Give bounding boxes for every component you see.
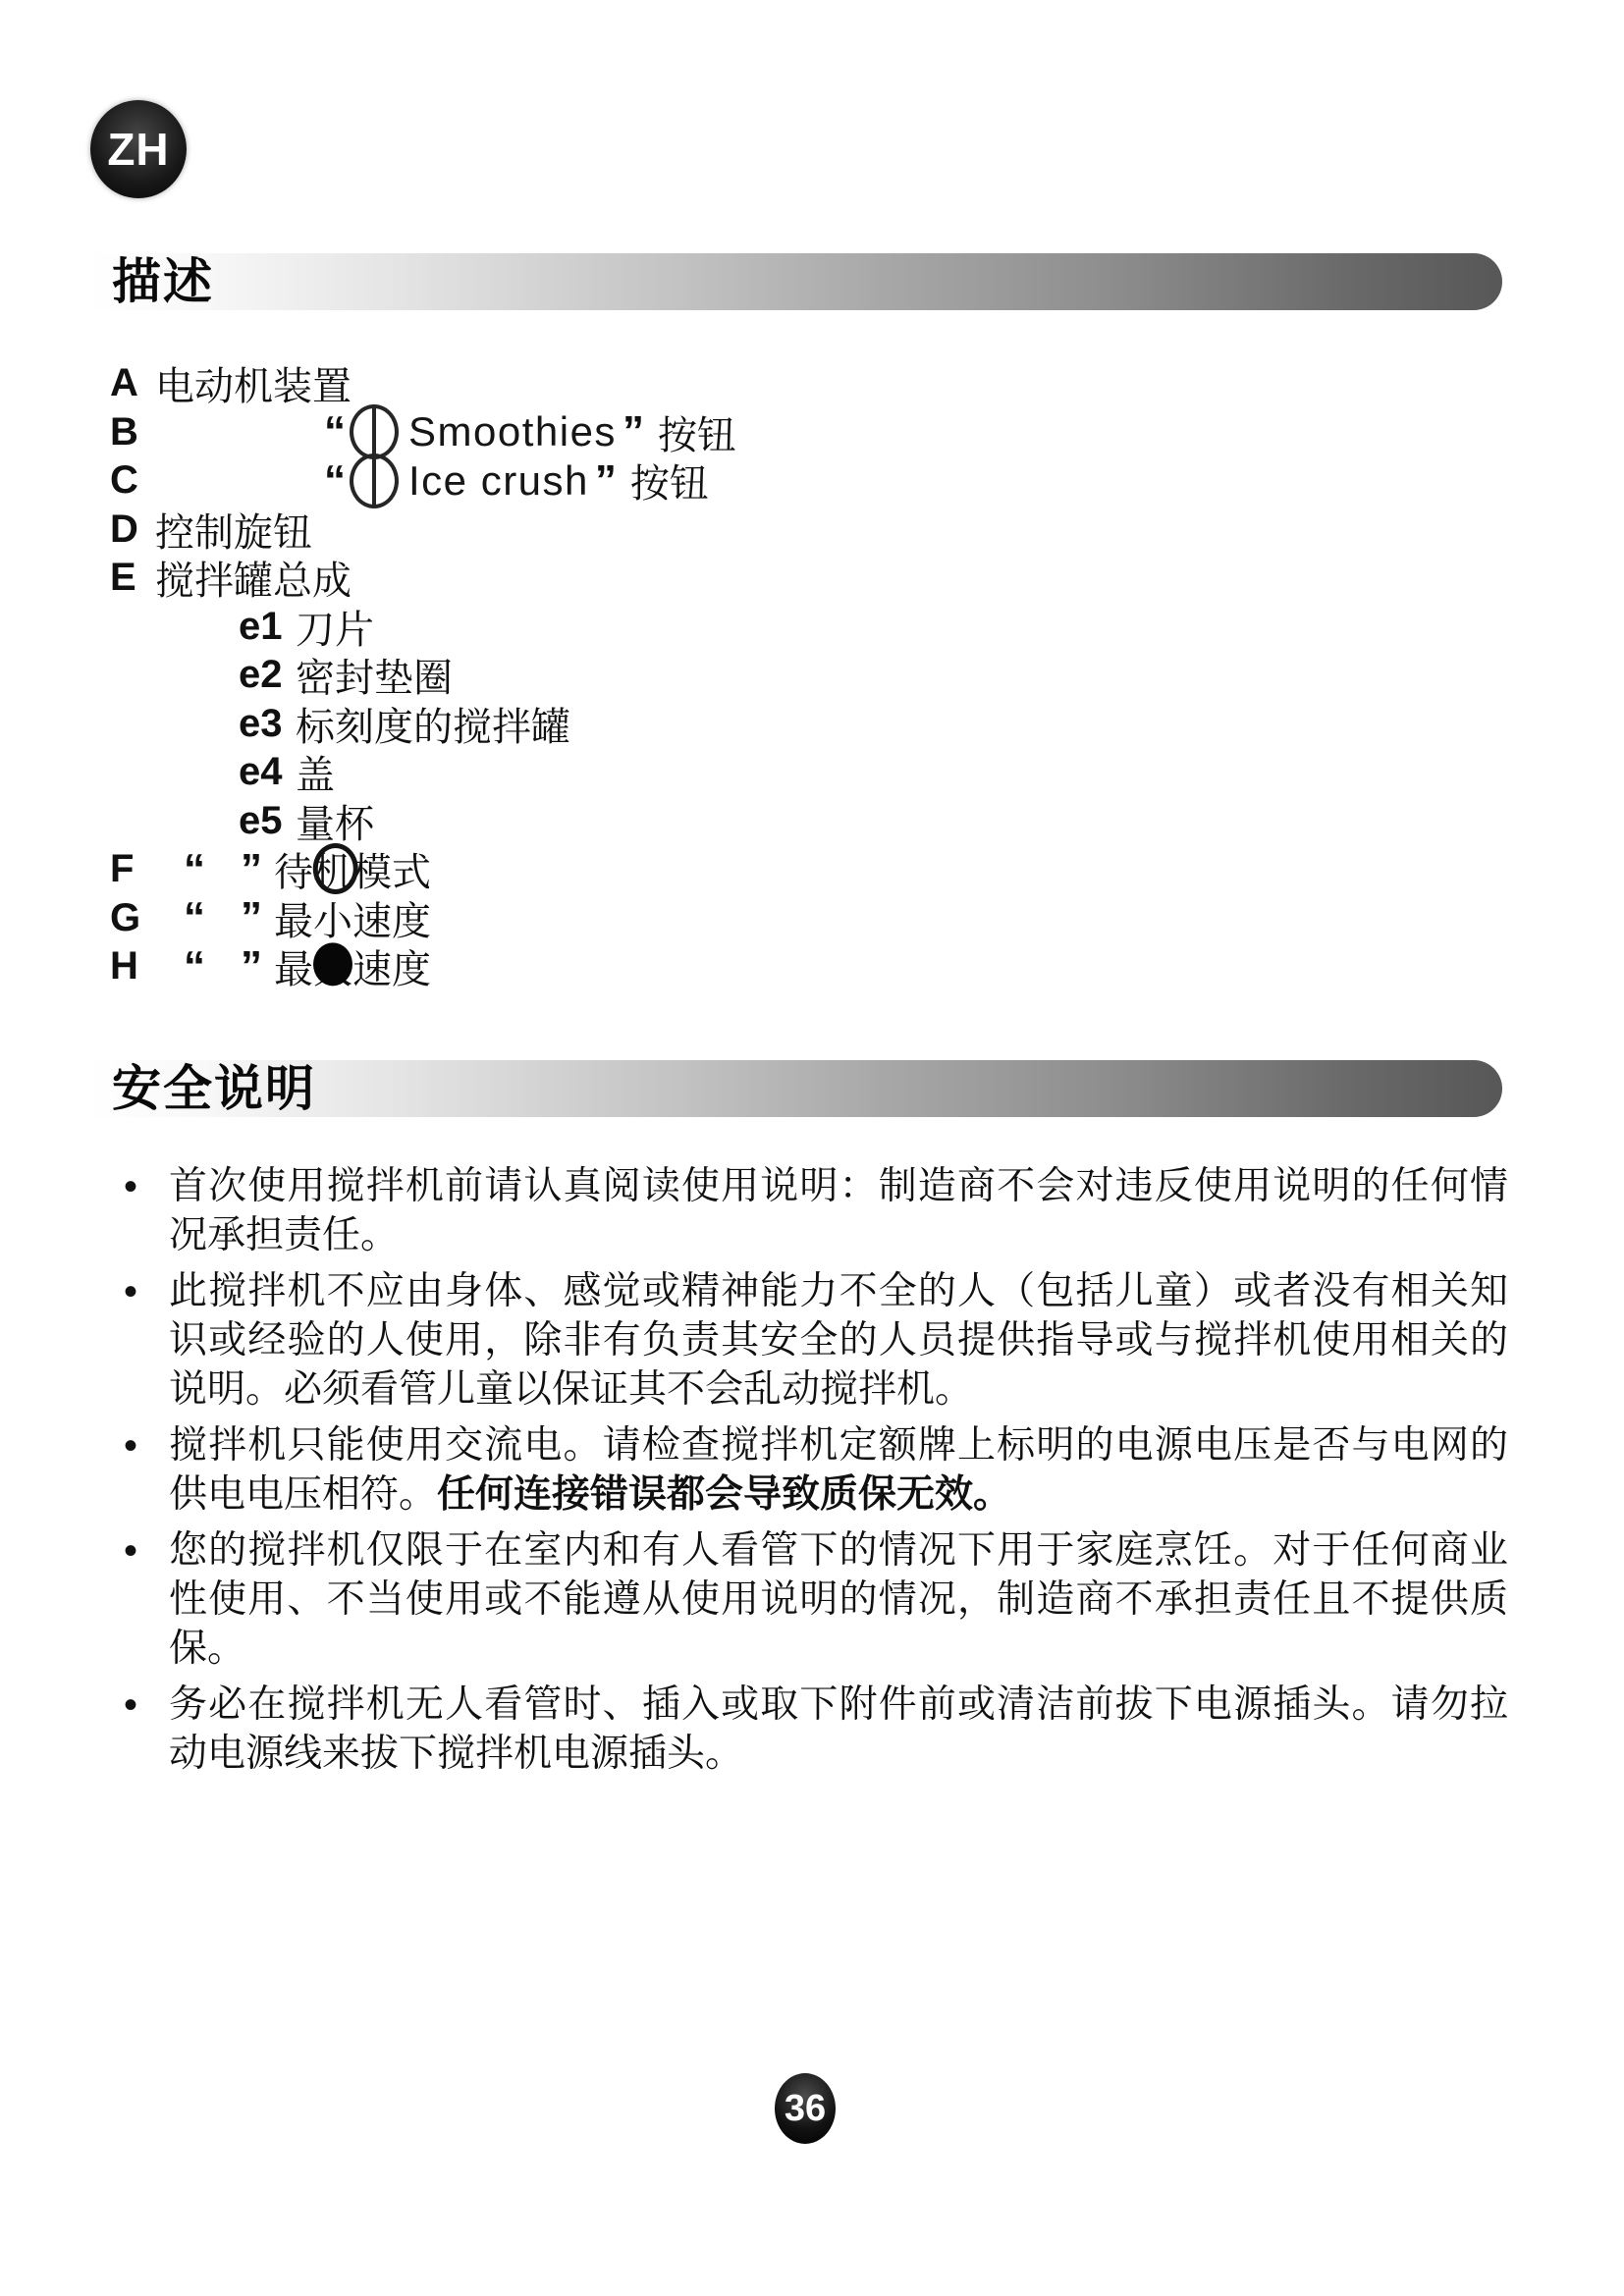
item-latin-label: Smoothies [408,408,617,455]
page-number: 36 [785,2088,826,2130]
page-number-badge: 36 [775,2073,836,2144]
description-section-header-bar: 描述 [88,253,1502,310]
close-quote: ” [241,945,262,988]
label-overlaid-char: 大 [313,938,352,994]
close-quote: ” [623,410,644,454]
item-label: 刀片 [296,599,374,655]
standby-ring-icon [313,843,358,894]
safety-bullet-list: •首次使用搅拌机前请认真阅读使用说明：制造商不会对违反使用说明的任何情况承担责任… [110,1162,1508,1786]
item-label: 按钮 [630,453,709,508]
bullet-text-main: 务必在搅拌机无人看管时、插入或取下附件前或清洁前拔下电源插头。请勿拉动电源线来拔… [169,1683,1508,1775]
label-after: 模式 [352,851,431,894]
item-content: “Ice crush”按钮 [324,453,709,508]
description-item-e3: e3标刻度的搅拌罐 [110,700,1514,749]
description-item-A: A电动机装置 [110,359,1514,408]
label-overlaid-char: 机 [313,841,352,897]
bullet-text: 您的搅拌机仅限于在室内和有人看管下的情况下用于家庭烹饪。对于任何商业性使用、不当… [169,1526,1508,1674]
item-key: e1 [239,605,286,649]
item-key: F [110,847,155,891]
item-label: 按钮 [658,404,736,460]
close-quote: ” [241,896,262,939]
open-quote: “ [324,410,346,454]
item-key: e3 [239,702,286,746]
item-key: G [110,896,155,940]
bullet-dot-icon: • [110,1421,169,1520]
bullet-dot-icon: • [110,1681,169,1779]
item-key: E [110,556,155,600]
item-label: 最大速度 [274,938,431,994]
safety-bullet: •首次使用搅拌机前请认真阅读使用说明：制造商不会对违反使用说明的任何情况承担责任… [110,1162,1508,1260]
safety-section-header-bar: 安全说明 [88,1060,1502,1117]
item-content: “”最小速度 [184,890,431,946]
label-overlaid-char: 小 [313,890,352,946]
description-item-H: H“”最大速度 [110,942,1514,991]
item-label: 电动机装置 [155,355,352,411]
description-item-C: C“Ice crush”按钮 [110,456,1514,506]
safety-bullet: •此搅拌机不应由身体、感觉或精神能力不全的人（包括儿童）或者没有相关知识或经验的… [110,1267,1508,1415]
label-before: 待 [274,851,313,894]
item-content: 电动机装置 [155,355,352,411]
power-on-off-icon [350,404,399,459]
item-label: 密封垫圈 [296,647,453,703]
description-item-B: B“Smoothies”按钮 [110,408,1514,457]
label-after: 速度 [352,900,431,943]
item-content: 刀片 [296,599,374,655]
item-label: 盖 [296,744,335,800]
description-item-e5: e5量杯 [110,797,1514,846]
description-item-D: D控制旋钮 [110,506,1514,555]
description-item-e4: e4盖 [110,748,1514,797]
language-badge-label: ZH [107,123,169,176]
description-list: A电动机装置B“Smoothies”按钮C“Ice crush”按钮D控制旋钮E… [110,359,1514,991]
item-content: 量杯 [296,793,374,849]
safety-section-title: 安全说明 [112,1054,316,1123]
item-content: 密封垫圈 [296,647,453,703]
description-item-e2: e2密封垫圈 [110,651,1514,700]
label-over-char: 小 [313,900,352,943]
description-item-e1: e1刀片 [110,603,1514,652]
bullet-dot-icon: • [110,1526,169,1674]
item-content: “”最大速度 [184,938,431,994]
description-item-E: E搅拌罐总成 [110,554,1514,603]
open-quote: “ [184,945,205,988]
description-item-G: G“”最小速度 [110,894,1514,943]
item-content: “”待机模式 [184,841,431,897]
bullet-text-main: 首次使用搅拌机前请认真阅读使用说明：制造商不会对违反使用说明的任何情况承担责任。 [169,1165,1508,1256]
bullet-text-main: 您的搅拌机仅限于在室内和有人看管下的情况下用于家庭烹饪。对于任何商业性使用、不当… [169,1529,1508,1670]
item-key: A [110,361,155,405]
item-content: 标刻度的搅拌罐 [296,696,570,752]
bullet-text: 搅拌机只能使用交流电。请检查搅拌机定额牌上标明的电源电压是否与电网的供电电压相符… [169,1421,1508,1520]
item-key: e4 [239,750,286,794]
item-label: 量杯 [296,793,374,849]
item-key: C [110,458,155,503]
item-label: 控制旋钮 [155,502,312,558]
item-content: “Smoothies”按钮 [324,404,736,460]
close-quote: ” [241,848,262,891]
item-label: 待机模式 [274,841,431,897]
item-content: 盖 [296,744,335,800]
description-item-F: F“”待机模式 [110,845,1514,894]
bullet-text: 首次使用搅拌机前请认真阅读使用说明：制造商不会对违反使用说明的任何情况承担责任。 [169,1162,1508,1260]
item-content: 搅拌罐总成 [155,550,352,606]
open-quote: “ [184,848,205,891]
bullet-dot-icon: • [110,1162,169,1260]
open-quote: “ [184,896,205,939]
safety-bullet: •务必在搅拌机无人看管时、插入或取下附件前或清洁前拔下电源插头。请勿拉动电源线来… [110,1681,1508,1779]
item-label: 最小速度 [274,890,431,946]
bullet-dot-icon: • [110,1267,169,1415]
manual-page: ZH 描述 A电动机装置B“Smoothies”按钮C“Ice crush”按钮… [0,0,1624,2296]
label-before: 最 [274,900,313,943]
label-after: 速度 [352,948,431,991]
bullet-text-main: 此搅拌机不应由身体、感觉或精神能力不全的人（包括儿童）或者没有相关知识或经验的人… [169,1270,1508,1411]
label-before: 最 [274,948,313,991]
item-latin-label: Ice crush [408,457,589,505]
item-content: 控制旋钮 [155,502,312,558]
open-quote: “ [324,459,346,503]
filled-dot-icon [313,942,352,986]
item-label: 标刻度的搅拌罐 [296,696,570,752]
item-key: D [110,507,155,552]
item-key: e2 [239,653,286,697]
item-key: B [110,410,155,454]
close-quote: ” [595,459,617,503]
bullet-text: 务必在搅拌机无人看管时、插入或取下附件前或清洁前拔下电源插头。请勿拉动电源线来拔… [169,1681,1508,1779]
safety-bullet: •您的搅拌机仅限于在室内和有人看管下的情况下用于家庭烹饪。对于任何商业性使用、不… [110,1526,1508,1674]
item-key: H [110,944,155,988]
safety-bullet: •搅拌机只能使用交流电。请检查搅拌机定额牌上标明的电源电压是否与电网的供电电压相… [110,1421,1508,1520]
language-badge: ZH [90,100,187,198]
item-key: e5 [239,799,286,843]
item-label: 搅拌罐总成 [155,550,352,606]
power-on-off-icon [350,454,399,508]
bullet-text: 此搅拌机不应由身体、感觉或精神能力不全的人（包括儿童）或者没有相关知识或经验的人… [169,1267,1508,1415]
bullet-text-bold: 任何连接错误都会导致质保无效。 [437,1473,1011,1516]
description-section-title: 描述 [112,247,214,316]
